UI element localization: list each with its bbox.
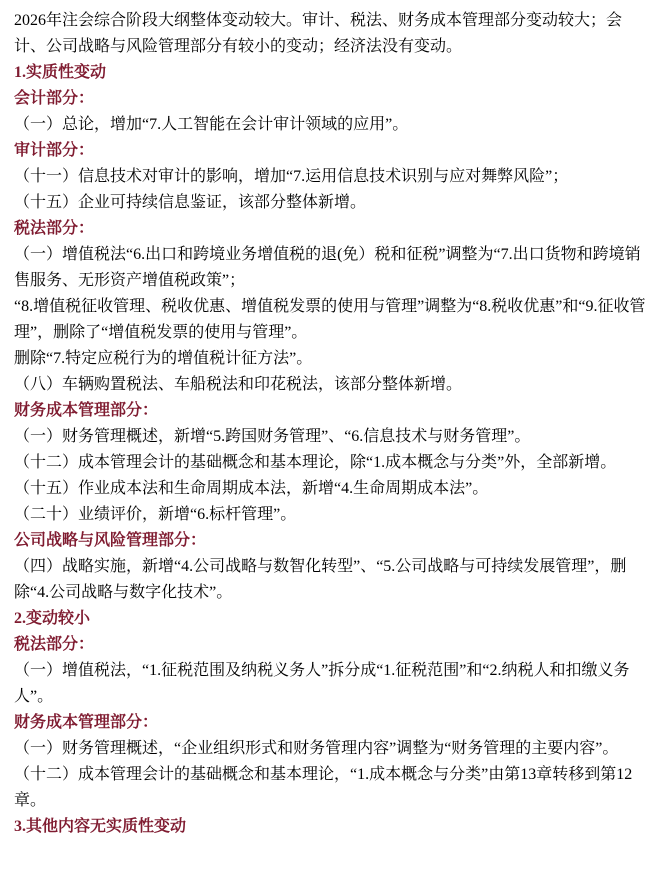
intro-paragraph: 2026年注会综合阶段大纲整体变动较大。审计、税法、财务成本管理部分变动较大；会… [14,8,650,60]
heading-financial-cost-mgmt-section: 财务成本管理部分： [14,398,650,424]
paragraph-accounting-item-1: （一）总论，增加“7.人工智能在会计审计领域的应用”。 [14,112,650,138]
paragraph-fcm-minor-item-1: （一）财务管理概述，“企业组织形式和财务管理内容”调整为“财务管理的主要内容”。 [14,736,650,762]
paragraph-tax-vat-adjustment: “8.增值税征收管理、税收优惠、增值税发票的使用与管理”调整为“8.税收优惠”和… [14,294,650,346]
heading-tax-law-section: 税法部分： [14,216,650,242]
heading-1-substantive-changes: 1.实质性变动 [14,60,650,86]
paragraph-fcm-item-15: （十五）作业成本法和生命周期成本法，新增“4.生命周期成本法”。 [14,476,650,502]
heading-tax-law-section-minor: 税法部分： [14,632,650,658]
paragraph-fcm-minor-item-12: （十二）成本管理会计的基础概念和基本理论，“1.成本概念与分类”由第13章转移到… [14,762,650,814]
heading-2-minor-changes: 2.变动较小 [14,606,650,632]
paragraph-tax-deletion: 删除“7.特定应税行为的增值税计征方法”。 [14,346,650,372]
paragraph-audit-item-11: （十一）信息技术对审计的影响，增加“7.运用信息技术识别与应对舞弊风险”； [14,164,650,190]
heading-accounting-section: 会计部分： [14,86,650,112]
heading-strategy-risk-section: 公司战略与风险管理部分： [14,528,650,554]
heading-financial-cost-mgmt-minor: 财务成本管理部分： [14,710,650,736]
paragraph-tax-minor-item-1: （一）增值税法，“1.征税范围及纳税义务人”拆分成“1.征税范围”和“2.纳税人… [14,658,650,710]
paragraph-fcm-item-12: （十二）成本管理会计的基础概念和基本理论，除“1.成本概念与分类”外，全部新增。 [14,450,650,476]
heading-audit-section: 审计部分： [14,138,650,164]
document-body: 2026年注会综合阶段大纲整体变动较大。审计、税法、财务成本管理部分变动较大；会… [0,0,663,840]
paragraph-tax-item-1: （一）增值税法“6.出口和跨境业务增值税的退(免）税和征税”调整为“7.出口货物… [14,242,650,294]
paragraph-fcm-item-1: （一）财务管理概述，新增“5.跨国财务管理”、“6.信息技术与财务管理”。 [14,424,650,450]
paragraph-strategy-item-4: （四）战略实施，新增“4.公司战略与数智化转型”、“5.公司战略与可持续发展管理… [14,554,650,606]
paragraph-fcm-item-20: （二十）业绩评价，新增“6.标杆管理”。 [14,502,650,528]
paragraph-tax-item-8: （八）车辆购置税法、车船税法和印花税法，该部分整体新增。 [14,372,650,398]
paragraph-audit-item-15: （十五）企业可持续信息鉴证，该部分整体新增。 [14,190,650,216]
heading-3-no-substantive-changes: 3.其他内容无实质性变动 [14,814,650,840]
